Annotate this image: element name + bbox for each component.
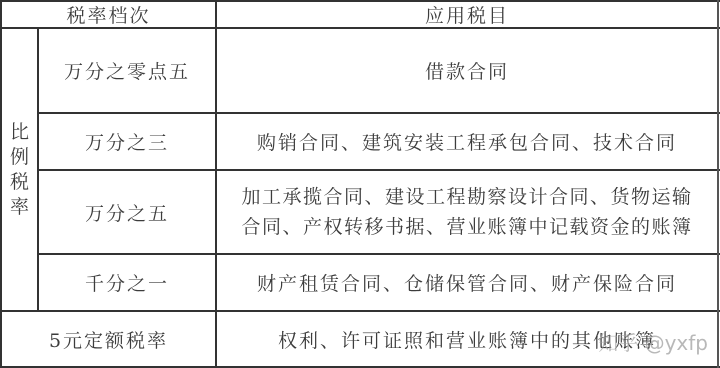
watermark: 知乎 @yxfp [598,327,708,356]
items-text-line-2: 合同、产权转移书据、营业账簿中记载资金的账簿 [241,212,692,242]
group-label-proportional-rate: 比 例 税 率 [2,29,37,310]
tax-rate-table: 税率档次 应用税目 比 例 税 率 万分之零点五 借款合同 万分之三 购销合同、… [0,0,720,368]
table-row-3-rate: 万分之五 [39,171,215,253]
group-label-char: 例 [10,145,29,170]
header-rate-tier-label: 税率档次 [66,1,150,28]
rate-label: 千分之一 [85,269,169,296]
table-row-1-rate: 万分之零点五 [39,29,215,112]
rate-label: 万分之零点五 [64,57,190,84]
table-row-2-rate: 万分之三 [39,114,215,169]
rate-label: 万分之五 [85,199,169,226]
table-row-4-items: 财产租赁合同、仓储保管合同、财产保险合同 [217,255,717,310]
items-text: 借款合同 [425,57,509,84]
rate-label: 万分之三 [85,128,169,155]
header-rate-tier: 税率档次 [2,2,215,27]
group-label-char: 税 [10,170,29,195]
group-label-char: 比 [10,120,29,145]
table-row-2-items: 购销合同、建筑安装工程承包合同、技术合同 [217,114,717,169]
items-text: 财产租赁合同、仓储保管合同、财产保险合同 [257,269,677,296]
rate-label: 5元定额税率 [49,326,168,353]
table-row-1-items: 借款合同 [217,29,717,112]
header-applicable-items-label: 应用税目 [425,1,509,28]
table-row-fixed-rate: 5元定额税率 [2,312,215,366]
group-label-char: 率 [10,195,29,220]
items-text-line-1: 加工承揽合同、建设工程勘察设计合同、货物运输 [241,182,692,212]
table-row-4-rate: 千分之一 [39,255,215,310]
table-row-3-items: 加工承揽合同、建设工程勘察设计合同、货物运输 合同、产权转移书据、营业账簿中记载… [217,171,717,253]
header-applicable-items: 应用税目 [217,2,717,27]
border-right [717,0,719,368]
items-text: 购销合同、建筑安装工程承包合同、技术合同 [257,128,677,155]
